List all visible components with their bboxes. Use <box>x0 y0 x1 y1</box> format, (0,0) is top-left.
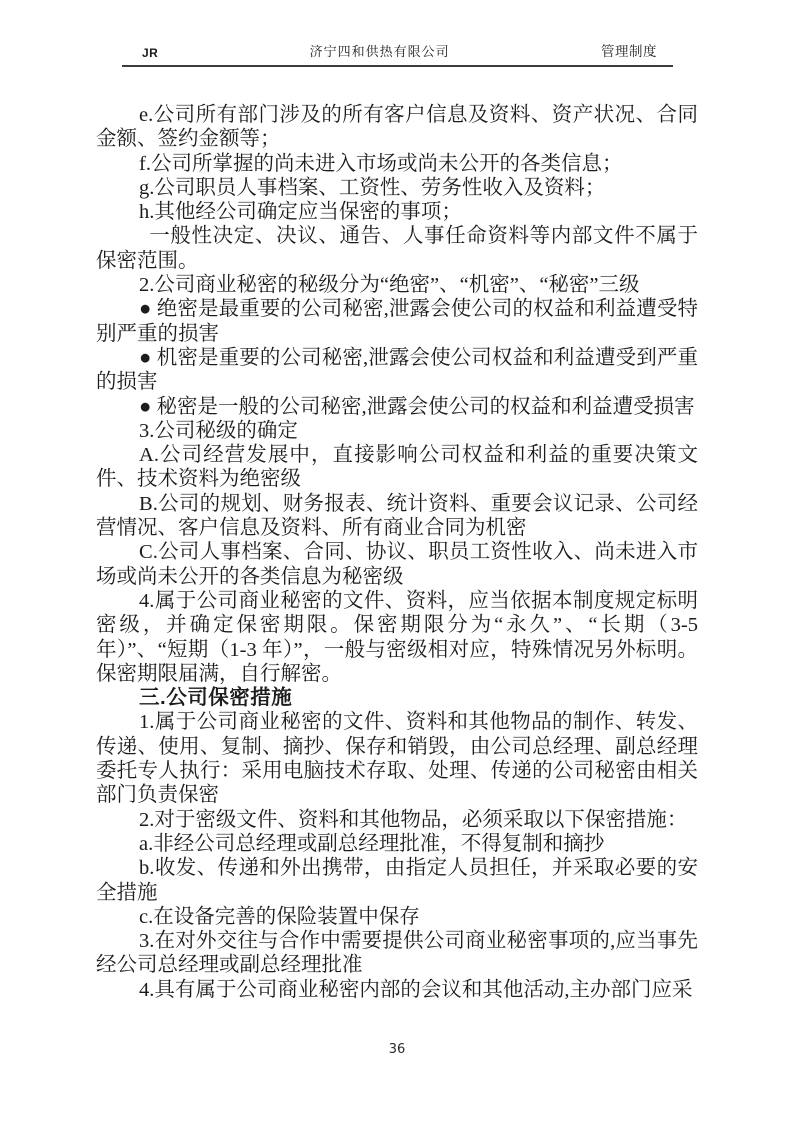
paragraph-item-3: 3.公司秘级的确定 <box>96 419 698 443</box>
paragraph-item-f: f.公司所掌握的尚未进入市场或尚未公开的各类信息； <box>96 152 698 176</box>
paragraph-measure-2: 2.对于密级文件、资料和其他物品，必须采取以下保密措施： <box>96 808 698 832</box>
paragraph-measure-4: 4.具有属于公司商业秘密内部的会议和其他活动,主办部门应采 <box>96 978 698 1002</box>
paragraph-item-4: 4.属于公司商业秘密的文件、资料，应当依据本制度规定标明密级，并确定保密期限。保… <box>96 589 698 686</box>
paragraph-measure-1: 1.属于公司商业秘密的文件、资料和其他物品的制作、转发、传递、使用、复制、摘抄、… <box>96 710 698 807</box>
paragraph-measure-3: 3.在对外交往与合作中需要提供公司商业秘密事项的,应当事先经公司总经理或副总经理… <box>96 929 698 978</box>
paragraph-item-B: B.公司的规划、财务报表、统计资料、重要会议记录、公司经营情况、客户信息及资料、… <box>96 492 698 541</box>
paragraph-item-e: e.公司所有部门涉及的所有客户信息及资料、资产状况、合同金额、签约金额等； <box>96 103 698 152</box>
header-company-name: 济宁四和供热有限公司 <box>158 41 601 60</box>
page-footer: 36 <box>0 1042 794 1057</box>
paragraph-measure-a: a.非经公司总经理或副总经理批准，不得复制和摘抄 <box>96 832 698 856</box>
document-page: JR 济宁四和供热有限公司 管理制度 e.公司所有部门涉及的所有客户信息及资料、… <box>0 0 794 1123</box>
section-heading-three: 三.公司保密措施 <box>96 686 698 710</box>
paragraph-item-2: 2.公司商业秘密的秘级分为“绝密”、“机密”、“秘密”三级 <box>96 273 698 297</box>
paragraph-measure-c: c.在设备完善的保险装置中保存 <box>96 905 698 929</box>
paragraph-measure-b: b.收发、传递和外出携带，由指定人员担任，并采取必要的安全措施 <box>96 856 698 905</box>
bullet-jimi: ● 机密是重要的公司秘密,泄露会使公司权益和利益遭受到严重的损害 <box>96 346 698 395</box>
page-number: 36 <box>389 1042 406 1057</box>
company-logo: JR <box>122 46 158 60</box>
paragraph-note: 一般性决定、决议、通告、人事任命资料等内部文件不属于保密范围。 <box>96 224 698 273</box>
bullet-juemi: ● 绝密是最重要的公司秘密,泄露会使公司的权益和利益遭受特别严重的损害 <box>96 297 698 346</box>
header-doc-type: 管理制度 <box>601 40 673 60</box>
paragraph-item-h: h.其他经公司确定应当保密的事项； <box>96 200 698 224</box>
paragraph-item-C: C.公司人事档案、合同、协议、职员工资性收入、尚未进入市场或尚未公开的各类信息为… <box>96 540 698 589</box>
bullet-mimi: ● 秘密是一般的公司秘密,泄露会使公司的权益和利益遭受损害 <box>96 395 698 419</box>
paragraph-item-g: g.公司职员人事档案、工资性、劳务性收入及资料； <box>96 176 698 200</box>
paragraph-item-A: A.公司经营发展中，直接影响公司权益和利益的重要决策文件、技术资料为绝密级 <box>96 443 698 492</box>
page-header: JR 济宁四和供热有限公司 管理制度 <box>122 40 673 67</box>
document-body: e.公司所有部门涉及的所有客户信息及资料、资产状况、合同金额、签约金额等； f.… <box>96 103 698 1002</box>
